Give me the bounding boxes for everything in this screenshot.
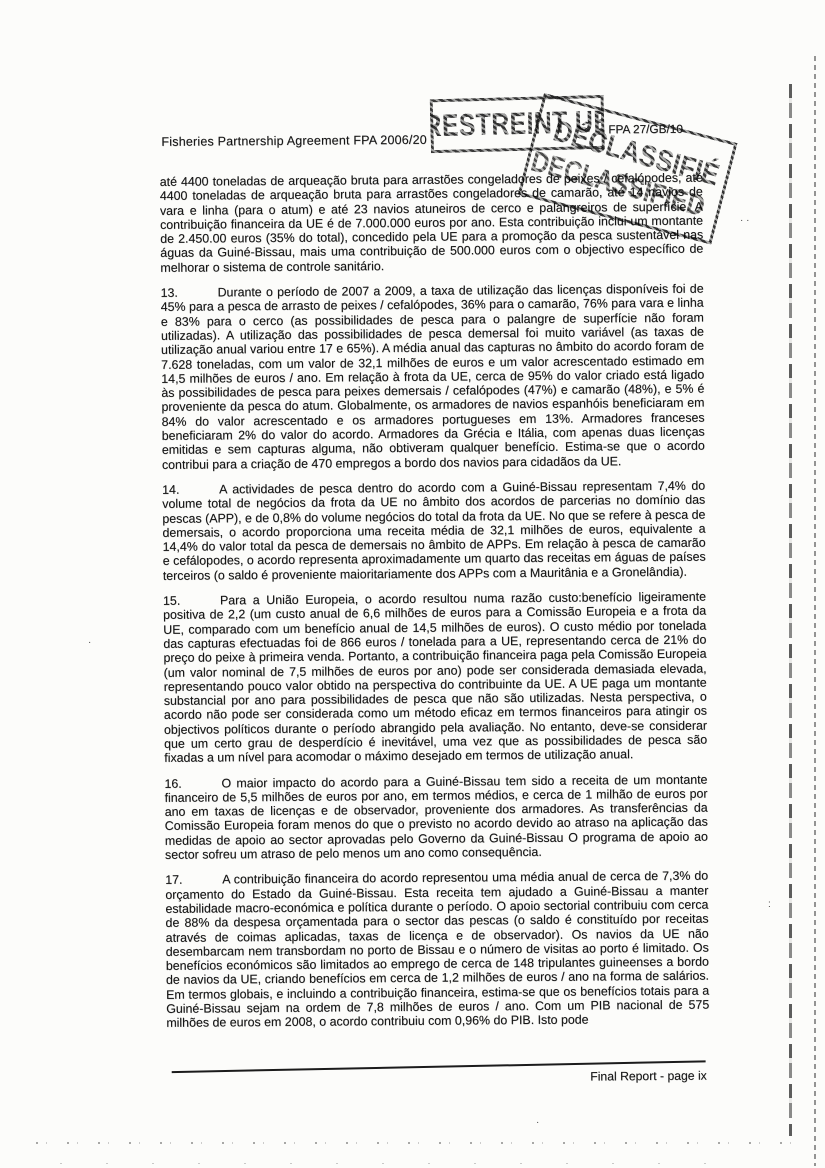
paragraph-text: A actividades de pesca dentro do acordo … xyxy=(162,479,706,583)
scan-speck: · xyxy=(88,638,91,648)
paragraph-17: 17.A contribuição financeira do acordo r… xyxy=(165,869,709,1031)
paragraph-text: Durante o período de 2007 a 2009, a taxa… xyxy=(161,282,705,472)
footer-page-label: Final Report - page ix xyxy=(424,1069,707,1085)
paragraph-text: O maior impacto do acordo para a Guiné-B… xyxy=(164,772,707,862)
scan-noise-line xyxy=(36,1142,792,1144)
paragraph-16: 16.O maior impacto do acordo para a Guin… xyxy=(164,772,708,862)
paragraph-15: 15.Para a União Europeia, o acordo resul… xyxy=(163,590,707,766)
paragraph-number: 17. xyxy=(165,873,222,888)
scan-noise-line xyxy=(60,1163,750,1164)
paragraph-text: A contribuição financeira do acordo repr… xyxy=(165,869,709,1030)
paragraph-text: Para a União Europeia, o acordo resultou… xyxy=(163,590,707,766)
paragraph-number: 13. xyxy=(161,286,218,301)
scan-streak-artifact xyxy=(789,84,792,1136)
document-header: Fisheries Partnership Agreement FPA 2006… xyxy=(161,133,427,149)
paragraph-number: 15. xyxy=(163,593,220,608)
scan-streak-artifact xyxy=(814,56,816,1166)
scan-skew-layer: Fisheries Partnership Agreement FPA 2006… xyxy=(0,0,825,1168)
scan-speck: · · xyxy=(740,216,749,226)
scan-speck: : xyxy=(768,900,771,910)
paragraph-number: 16. xyxy=(164,776,221,791)
paragraph-number: 14. xyxy=(162,482,219,497)
document-body: até 4400 toneladas de arqueação bruta pa… xyxy=(160,171,710,1042)
scanned-document-page: Fisheries Partnership Agreement FPA 2006… xyxy=(0,0,825,1168)
document-reference: FPA 27/GB/10 xyxy=(608,122,683,137)
scan-speck: · xyxy=(536,1118,539,1128)
paragraph-14: 14.A actividades de pesca dentro do acor… xyxy=(162,479,706,583)
paragraph-13: 13.Durante o período de 2007 a 2009, a t… xyxy=(161,282,705,472)
